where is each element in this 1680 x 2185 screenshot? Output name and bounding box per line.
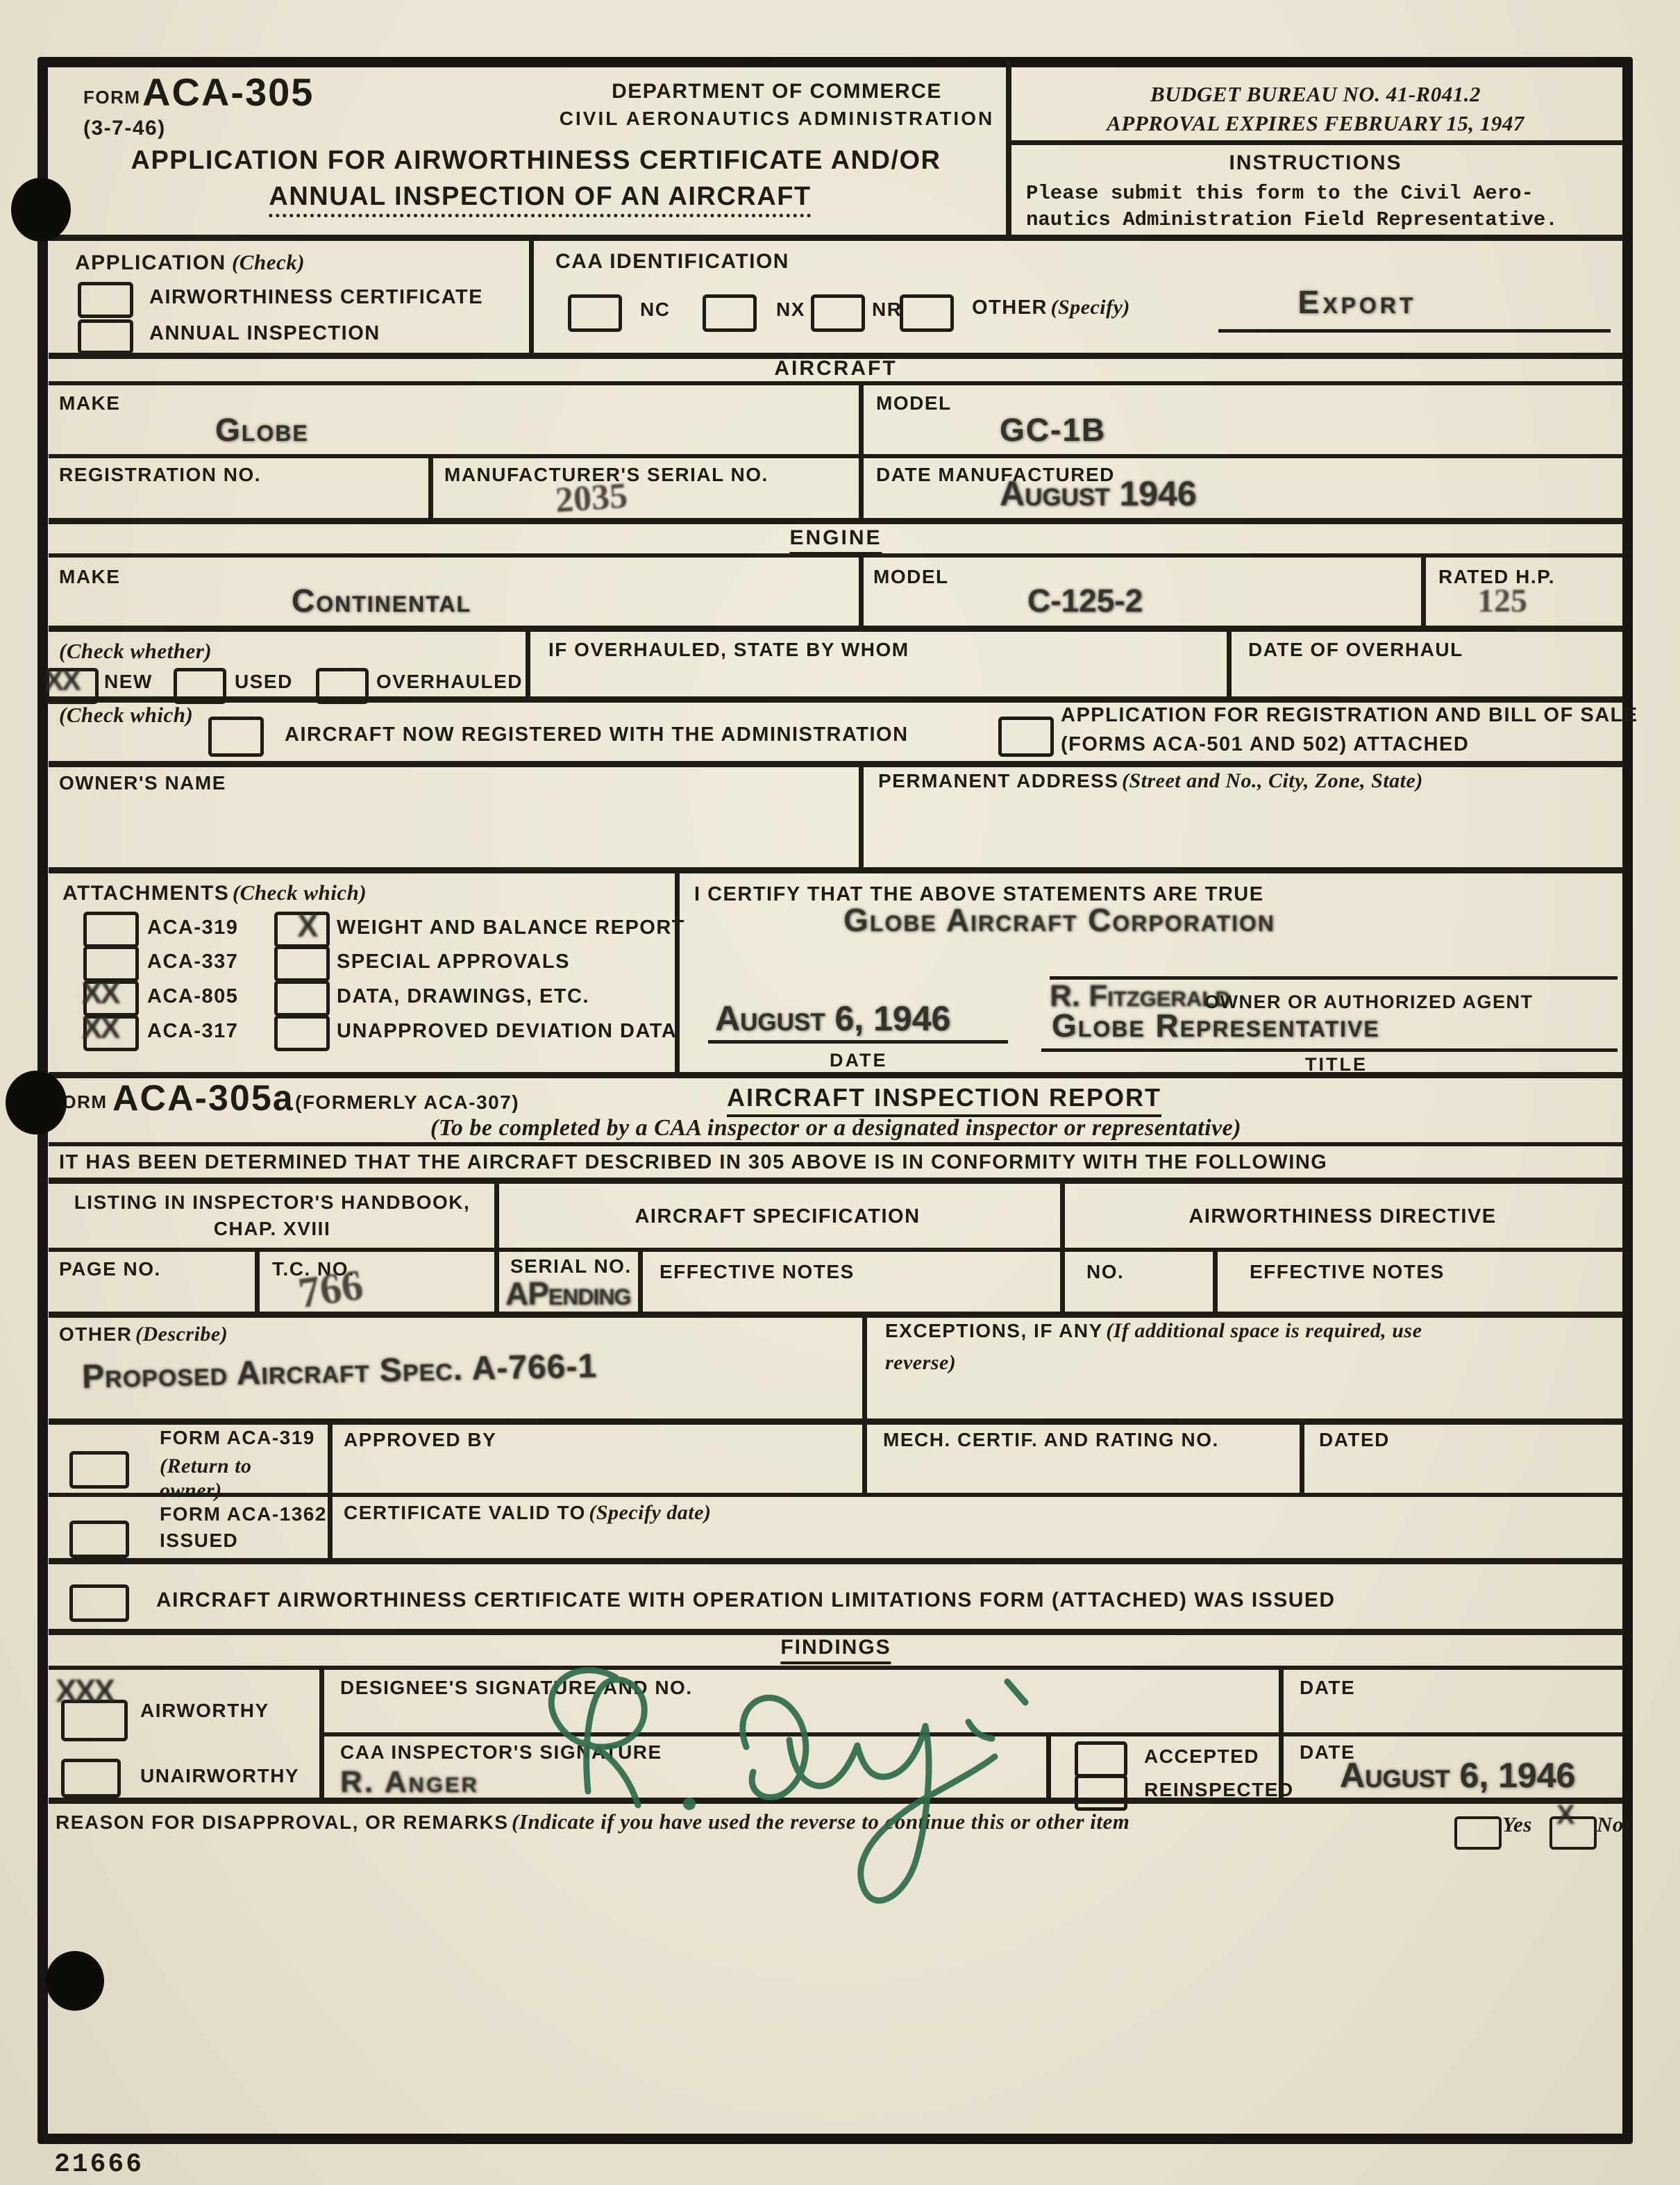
airworthy-label: AIRWORTHY [140,1700,269,1722]
aca-319-checkbox[interactable] [83,912,139,948]
check-which-note: (Check which) [59,703,193,728]
scanned-form-page: FORM ACA-305 (3-7-46) DEPARTMENT OF COMM… [0,0,1680,2185]
exceptions-label: EXCEPTIONS, IF ANY (If additional space … [885,1319,1422,1343]
form-aca-1362-checkbox[interactable] [69,1521,129,1558]
weight-balance-label: WEIGHT AND BALANCE REPORT [337,916,685,939]
special-approvals-label: SPECIAL APPROVALS [337,951,570,973]
nc-label: NC [640,299,670,321]
aircraft-make-value[interactable]: Globe [215,411,309,449]
other-describe-label: OTHER (Describe) [59,1323,228,1346]
other-id-value[interactable]: Export [1298,283,1417,321]
instructions-line1: Please submit this form to the Civil Aer… [1026,182,1534,205]
designee-date-label: DATE [1300,1677,1355,1699]
punch-hole-middle [6,1071,67,1135]
aircraft-section-title: AIRCRAFT [774,357,897,385]
form-aca-319-label: FORM ACA-319 [160,1427,315,1449]
determination-statement: IT HAS BEEN DETERMINED THAT THE AIRCRAFT… [59,1151,1327,1174]
budget-bureau-line: BUDGET BUREAU NO. 41-R041.2 [1150,82,1481,107]
engine-new-label: NEW [104,671,153,693]
airworthiness-certificate-checkbox[interactable] [78,282,133,318]
annual-inspection-label: ANNUAL INSPECTION [149,322,380,345]
engine-model-label: MODEL [873,566,949,588]
nc-checkbox[interactable] [568,294,622,332]
punch-hole-bottom [46,1951,104,2011]
form-word: FORM [83,87,141,108]
remarks-yes-checkbox[interactable] [1454,1816,1502,1850]
engine-overhauled-checkbox[interactable] [316,668,369,704]
certificate-valid-to-label: CERTIFICATE VALID TO (Specify date) [344,1501,711,1525]
unairworthy-checkbox[interactable] [61,1759,121,1798]
engine-new-checkmark: XX [44,664,79,697]
approval-expires-line: APPROVAL EXPIRES FEBRUARY 15, 1947 [1107,111,1524,136]
data-drawings-label: DATA, DRAWINGS, ETC. [337,985,589,1008]
aca-317-checkmark: XX [82,1011,119,1046]
annual-inspection-checkbox[interactable] [78,319,133,354]
airworthiness-certificate-label: AIRWORTHINESS CERTIFICATE [149,286,483,309]
exceptions-label-line2: reverse) [885,1351,956,1375]
instructions-title: INSTRUCTIONS [1229,151,1402,175]
aca-319-label: ACA-319 [147,916,238,939]
special-approvals-checkbox[interactable] [274,946,330,982]
certify-title-label: TITLE [1305,1054,1368,1075]
attachments-label: ATTACHMENTS (Check which) [62,880,367,905]
engine-make-label: MAKE [59,566,120,588]
engine-used-checkbox[interactable] [174,668,226,704]
certify-title-value[interactable]: Globe Representative [1052,1007,1380,1044]
airworthiness-directive-header: AIRWORTHINESS DIRECTIVE [1188,1205,1496,1228]
aircraft-registered-checkbox[interactable] [208,717,264,757]
instructions-line2: nautics Administration Field Representat… [1026,208,1558,231]
aircraft-specification-header: AIRCRAFT SPECIFICATION [635,1205,920,1228]
engine-model-value[interactable]: C-125-2 [1027,582,1143,619]
remarks-yes-label: Yes [1502,1812,1532,1837]
unairworthy-label: UNAIRWORTHY [140,1765,299,1787]
nr-checkbox[interactable] [811,294,865,332]
form-aca-1362-label: FORM ACA-1362 [160,1503,327,1525]
nx-checkbox[interactable] [703,294,757,332]
aircraft-registered-label: AIRCRAFT NOW REGISTERED WITH THE ADMINIS… [285,723,909,746]
airworthiness-cert-issued-label: AIRCRAFT AIRWORTHINESS CERTIFICATE WITH … [156,1589,1336,1612]
serial-no-value[interactable]: 2035 [554,475,629,521]
engine-used-label: USED [235,671,293,693]
permanent-address-label: PERMANENT ADDRESS (Street and No., City,… [878,769,1423,793]
inspection-report-title: AIRCRAFT INSPECTION REPORT [727,1083,1161,1117]
directive-effective-notes-label: EFFECTIVE NOTES [1250,1261,1445,1283]
form-number: ACA-305 [142,69,314,115]
mech-certif-label: MECH. CERTIF. AND RATING NO. [883,1429,1219,1451]
registration-bill-of-sale-label-line1: APPLICATION FOR REGISTRATION AND BILL OF… [1061,704,1638,727]
spec-serial-no-value[interactable]: APending [505,1275,630,1312]
punch-hole-top [11,178,71,242]
page-no-label: PAGE NO. [59,1258,161,1280]
aca-805-checkmark: XX [82,976,119,1011]
rated-hp-value[interactable]: 125 [1477,582,1527,620]
inspector-ink-signature [510,1658,1086,1943]
aca-805-label: ACA-805 [147,985,238,1008]
aca-337-label: ACA-337 [147,951,238,973]
handbook-header-line2: CHAP. XVIII [214,1218,330,1240]
other-id-label: OTHER (Specify) [972,296,1130,319]
aircraft-make-label: MAKE [59,392,120,415]
certify-date-label: DATE [830,1050,888,1071]
owner-name-label: OWNER'S NAME [59,772,226,794]
form-title-line1: APPLICATION FOR AIRWORTHINESS CERTIFICAT… [131,146,941,176]
weight-balance-checkmark: X [297,907,317,944]
unapproved-deviation-checkbox[interactable] [274,1015,330,1051]
nx-label: NX [776,299,805,321]
form-305a-number: ACA-305a [112,1078,294,1119]
spec-effective-notes-label: EFFECTIVE NOTES [660,1261,855,1283]
form-aca-319-return-line2: owner) [160,1479,222,1502]
form-revision: (3-7-46) [83,117,166,140]
form-aca-1362-issued-label: ISSUED [160,1530,238,1552]
remarks-no-label: No) [1597,1812,1631,1837]
caa-identification-label: CAA IDENTIFICATION [555,250,789,274]
aircraft-model-label: MODEL [876,392,952,415]
date-of-overhaul-label: DATE OF OVERHAUL [1248,639,1463,661]
registration-bill-of-sale-label-line2: (FORMS ACA-501 AND 502) ATTACHED [1061,733,1469,756]
inspection-report-subtitle: (To be completed by a CAA inspector or a… [430,1115,1241,1141]
aircraft-model-value[interactable]: GC-1B [1000,411,1106,449]
department-line: DEPARTMENT OF COMMERCE [612,80,942,103]
unapproved-deviation-label: UNAPPROVED DEVIATION DATA [337,1020,677,1043]
data-drawings-checkbox[interactable] [274,980,330,1016]
certify-date-value[interactable]: August 6, 1946 [715,998,950,1039]
caa-inspector-typed-name: R. Anger [340,1765,479,1800]
check-whether-note: (Check whether) [59,639,212,664]
form-aca-319-return-line1: (Return to [160,1455,252,1478]
other-id-checkbox[interactable] [900,294,954,332]
reinspected-label: REINSPECTED [1144,1779,1294,1801]
handbook-header-line1: LISTING IN INSPECTOR'S HANDBOOK, [74,1191,471,1214]
overhauled-by-whom-label: IF OVERHAULED, STATE BY WHOM [548,639,909,661]
engine-overhauled-label: OVERHAULED [376,671,523,693]
registration-bill-of-sale-checkbox[interactable] [998,717,1054,757]
certify-company-value: Globe Aircraft Corporation [843,901,1275,939]
approved-by-label: APPROVED BY [344,1429,496,1451]
administration-line: CIVIL AERONAUTICS ADMINISTRATION [560,108,994,130]
engine-section-title: ENGINE [789,526,882,555]
airworthy-checkmark: XXX [56,1672,113,1709]
engine-make-value[interactable]: Continental [292,582,471,619]
inspection-date-value[interactable]: August 6, 1946 [1340,1755,1575,1795]
tc-no-value[interactable]: 766 [296,1261,367,1318]
application-section-label: APPLICATION (Check) [75,250,305,275]
directive-no-label: NO. [1086,1261,1124,1283]
form-aca-319-return-checkbox[interactable] [69,1451,129,1489]
accepted-label: ACCEPTED [1144,1746,1259,1768]
date-manufactured-value[interactable]: August 1946 [1000,474,1197,514]
airworthiness-cert-issued-checkbox[interactable] [69,1584,129,1622]
print-code: 21666 [54,2150,144,2179]
form-title-line2: ANNUAL INSPECTION OF AN AIRCRAFT [269,182,811,217]
remarks-no-checkmark: X [1556,1800,1573,1831]
form-305a-formerly: (FORMERLY ACA-307) [295,1091,519,1114]
dated-label: DATED [1319,1429,1390,1451]
registration-no-label: REGISTRATION NO. [59,464,261,486]
nr-label: NR [872,299,902,321]
aca-317-label: ACA-317 [147,1020,238,1043]
